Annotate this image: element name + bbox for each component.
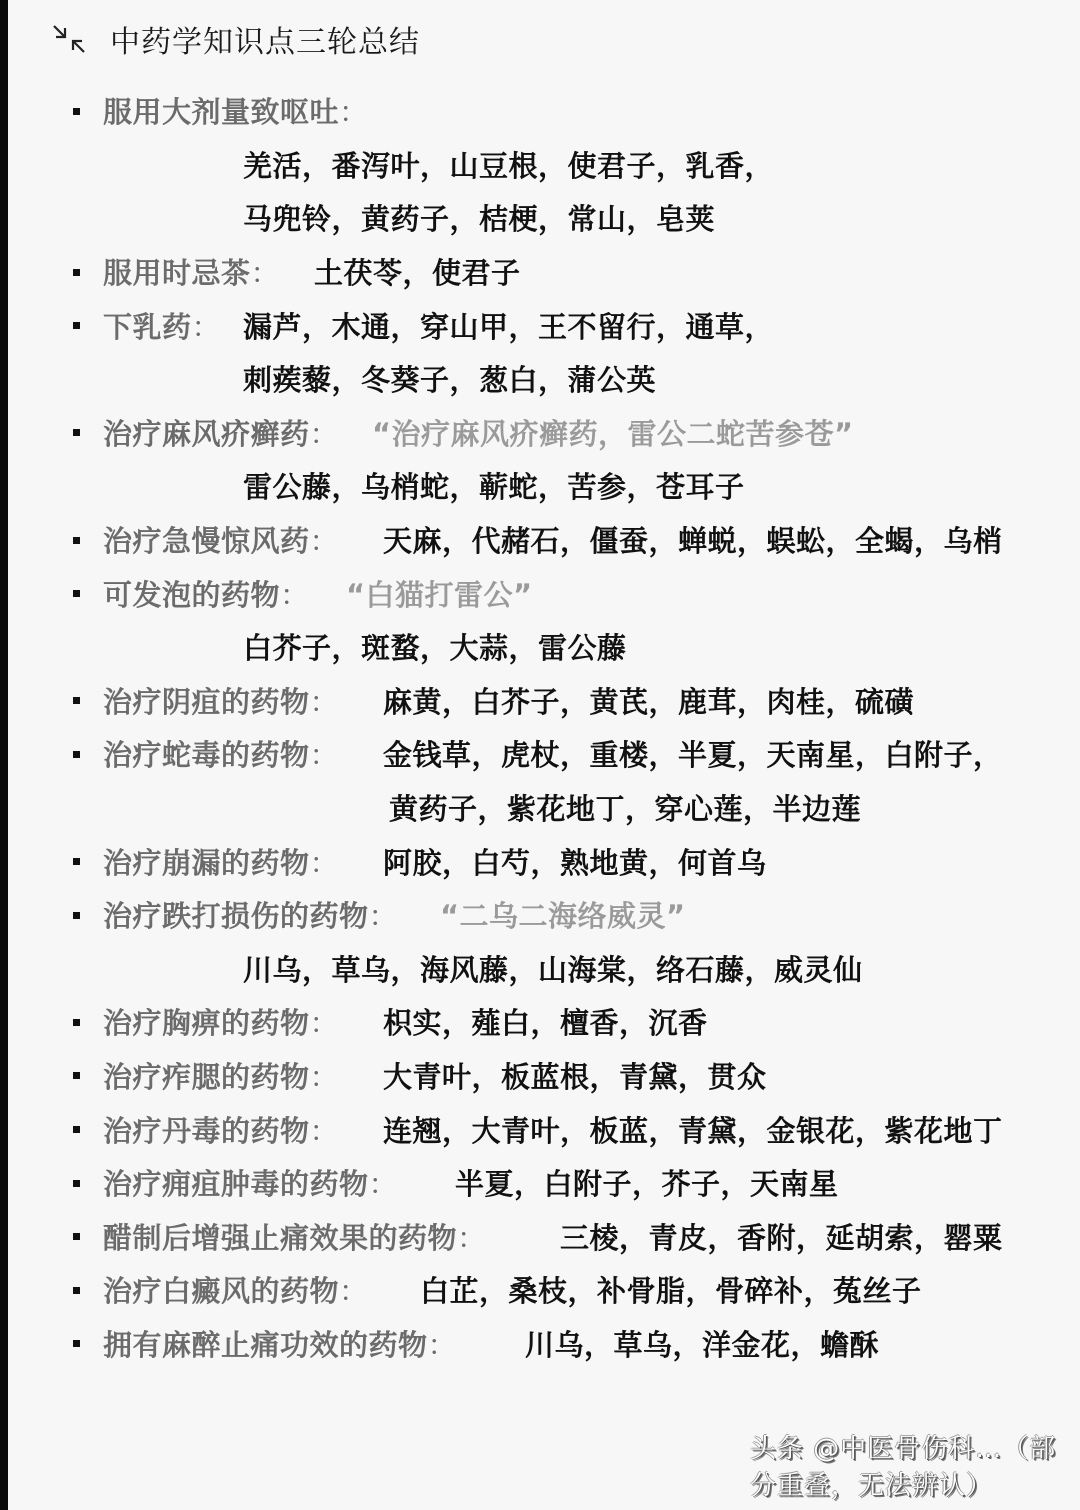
medicine-list: 漏芦，木通，穿山甲，王不留行，通草， [243,305,774,346]
medicine-list: 半夏，白附子，芥子，天南星 [455,1162,839,1203]
bullet [73,269,80,276]
bullet [73,1019,80,1026]
bullet [73,1126,80,1133]
category-label: 醋制后增强止痛效果的药物： [103,1216,487,1257]
category-label: 拥有麻醉止痛功效的药物： [103,1323,457,1364]
list-item: 治疗丹毒的药物： 连翘，大青叶，板蓝，青黛，金银花，紫花地丁 [0,1102,1080,1156]
bullet [73,858,80,865]
list-item: 治疗胸痹的药物： 枳实，薤白，檀香，沉香 [0,995,1080,1049]
list-item: 可发泡的药物： “白猫打雷公” [0,566,1080,620]
medicine-list: 大青叶，板蓝根，青黛，贯众 [383,1055,767,1096]
category-label: 治疗蛇毒的药物： [103,733,339,774]
bullet [73,1233,80,1240]
category-label: 治疗痄腮的药物： [103,1055,339,1096]
watermark: 头条 @中医骨伤科…（部分重叠，无法辨认） [750,1428,1080,1502]
medicine-list: 川乌，草乌，海风藤，山海棠，络石藤，威灵仙 [243,948,863,989]
mnemonic: “治疗麻风疥癣药，雷公二蛇苦参苍” [372,412,854,453]
list-item: 服用大剂量致呕吐： [0,84,1080,138]
category-label: 治疗胸痹的药物： [103,1001,339,1042]
title-row: 中药学知识点三轮总结 [50,14,420,64]
list-item: 治疗痄腮的药物： 大青叶，板蓝根，青黛，贯众 [0,1049,1080,1103]
category-label: 治疗丹毒的药物： [103,1109,339,1150]
bullet [73,697,80,704]
category-label: 治疗痈疽肿毒的药物： [103,1162,398,1203]
medicine-list: 土茯苓，使君子 [314,251,521,292]
list-item: 治疗阴疽的药物： 麻黄，白芥子，黄芪，鹿茸，肉桂，硫磺 [0,674,1080,728]
medicine-list: 连翘，大青叶，板蓝，青黛，金银花，紫花地丁 [383,1109,1003,1150]
list-item: 治疗麻风疥癣药： “治疗麻风疥癣药，雷公二蛇苦参苍” [0,406,1080,460]
medicine-list: 金钱草，虎杖，重楼，半夏，天南星，白附子， [383,733,1003,774]
medicine-list: 白芥子，斑蝥，大蒜，雷公藤 [243,626,627,667]
bullet [73,108,80,115]
category-label: 治疗麻风疥癣药： [103,412,339,453]
list-item: 服用时忌茶： 土茯苓，使君子 [0,245,1080,299]
bullet [73,537,80,544]
medicine-list: 三棱，青皮，香附，延胡索，罂粟 [560,1216,1003,1257]
knowledge-list: 服用大剂量致呕吐： 羌活，番泻叶，山豆根，使君子，乳香， 马兜铃，黄药子，桔梗，… [0,84,1080,1370]
list-item: 醋制后增强止痛效果的药物： 三棱，青皮，香附，延胡索，罂粟 [0,1209,1080,1263]
bullet [73,1340,80,1347]
page-title: 中药学知识点三轮总结 [110,17,420,61]
category-label: 下乳药： [103,305,221,346]
list-item: 治疗白癜风的药物： 白芷，桑枝，补骨脂，骨碎补，菟丝子 [0,1263,1080,1317]
mnemonic: “二乌二海络威灵” [440,894,686,935]
bullet [73,322,80,329]
medicine-list: 川乌，草乌，洋金花，蟾酥 [525,1323,879,1364]
category-label: 治疗白癜风的药物： [103,1269,369,1310]
list-item: 治疗跌打损伤的药物： “二乌二海络威灵” [0,888,1080,942]
bullet [73,912,80,919]
medicine-list: 羌活，番泻叶，山豆根，使君子，乳香， [243,144,774,185]
bullet [73,1287,80,1294]
category-label: 服用大剂量致呕吐： [103,90,369,131]
category-label: 可发泡的药物： [103,573,310,614]
bullet [73,751,80,758]
collapse-arrows-icon[interactable] [50,20,88,58]
medicine-list: 白芷，桑枝，补骨脂，骨碎补，菟丝子 [420,1269,922,1310]
bullet [73,1180,80,1187]
list-item: 治疗痈疽肿毒的药物： 半夏，白附子，芥子，天南星 [0,1156,1080,1210]
bullet [73,429,80,436]
medicine-list: 天麻，代赭石，僵蚕，蝉蜕，蜈蚣，全蝎，乌梢 [383,519,1003,560]
medicine-list: 黄药子，紫花地丁，穿心莲，半边莲 [389,787,861,828]
list-item: 治疗蛇毒的药物： 金钱草，虎杖，重楼，半夏，天南星，白附子， [0,727,1080,781]
list-item: 下乳药： 漏芦，木通，穿山甲，王不留行，通草， [0,298,1080,352]
medicine-list: 阿胶，白芍，熟地黄，何首乌 [383,841,767,882]
medicine-list: 马兜铃，黄药子，桔梗，常山，皂荚 [243,197,715,238]
category-label: 治疗跌打损伤的药物： [103,894,398,935]
medicine-list: 雷公藤，乌梢蛇，蕲蛇，苦参，苍耳子 [243,465,745,506]
medicine-list: 枳实，薤白，檀香，沉香 [383,1001,708,1042]
medicine-list: 麻黄，白芥子，黄芪，鹿茸，肉桂，硫磺 [383,680,914,721]
medicine-list: 刺蒺藜，冬葵子，葱白，蒲公英 [243,358,656,399]
category-label: 治疗急慢惊风药： [103,519,339,560]
bullet [73,1072,80,1079]
list-item: 治疗急慢惊风药： 天麻，代赭石，僵蚕，蝉蜕，蜈蚣，全蝎，乌梢 [0,513,1080,567]
category-label: 治疗崩漏的药物： [103,841,339,882]
category-label: 治疗阴疽的药物： [103,680,339,721]
mnemonic: “白猫打雷公” [346,573,533,614]
list-item: 治疗崩漏的药物： 阿胶，白芍，熟地黄，何首乌 [0,834,1080,888]
bullet [73,590,80,597]
category-label: 服用时忌茶： [103,251,280,292]
list-item: 拥有麻醉止痛功效的药物： 川乌，草乌，洋金花，蟾酥 [0,1317,1080,1371]
